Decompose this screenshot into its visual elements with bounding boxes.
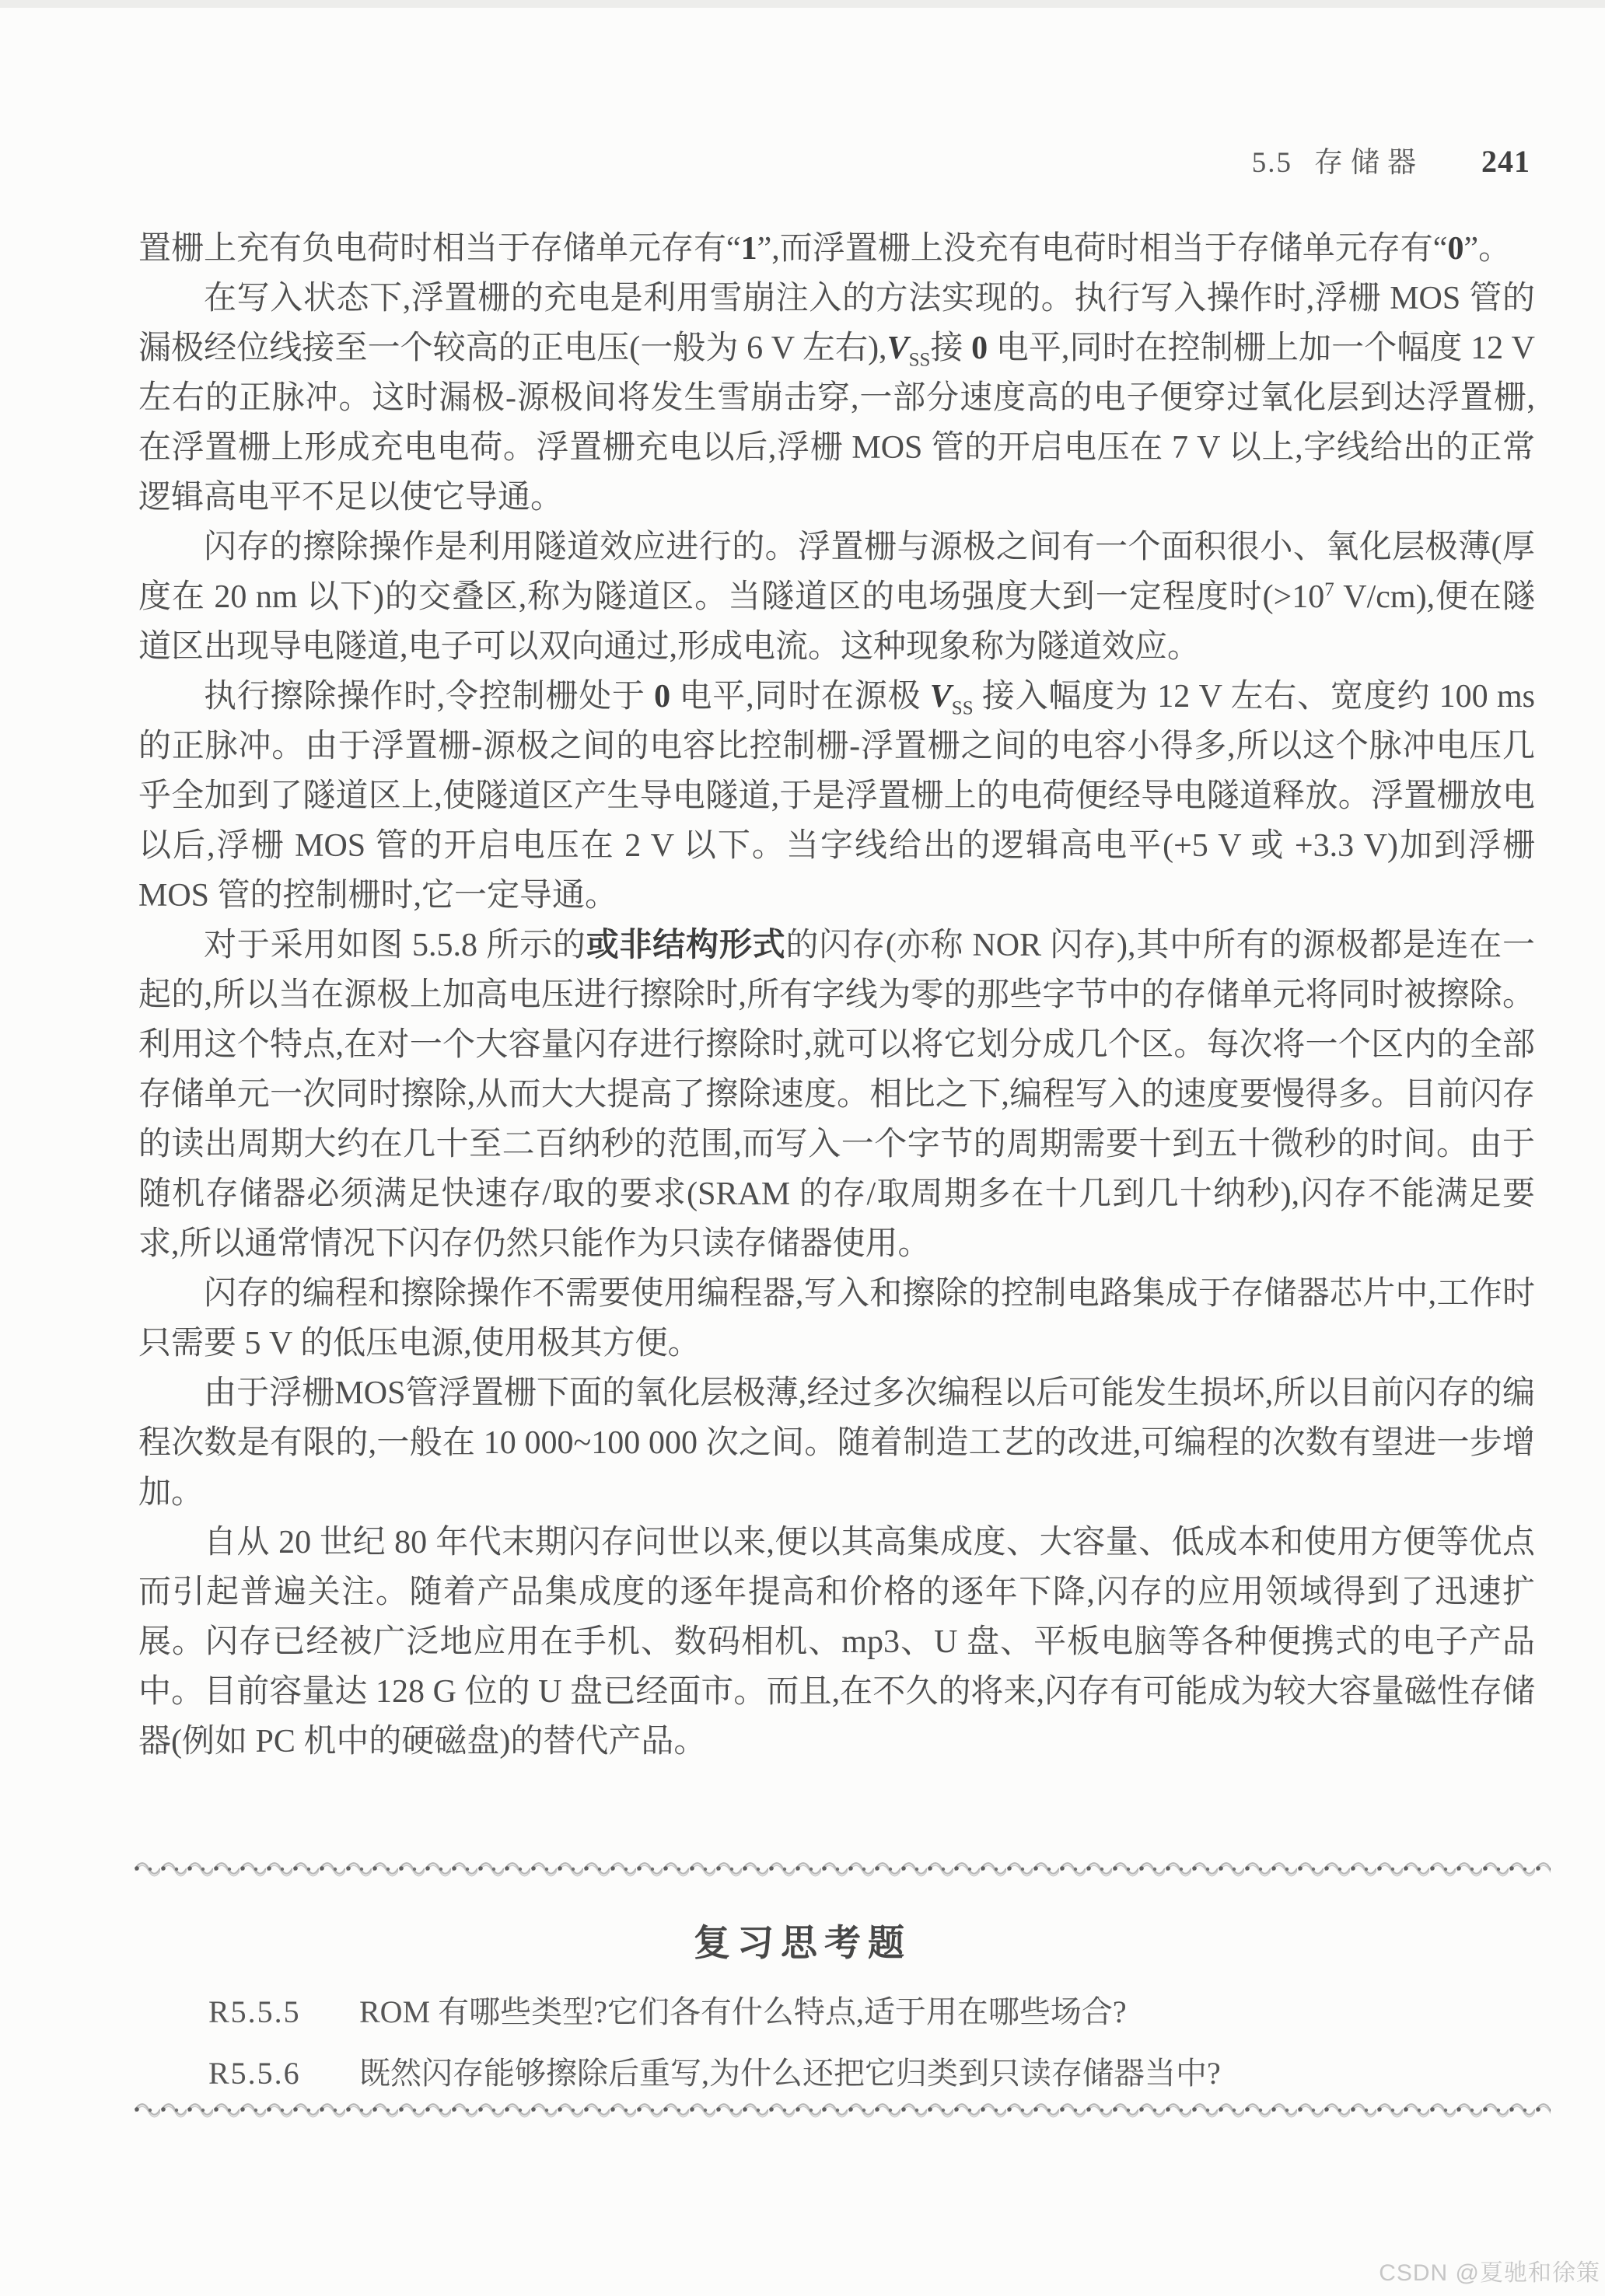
- text-segment: V: [930, 679, 952, 715]
- question-row: R5.5.5ROM 有哪些类型?它们各有什么特点,适于用在哪些场合?: [208, 1987, 1530, 2032]
- paragraph: 由于浮栅MOS管浮置栅下面的氧化层极薄,经过多次编程以后可能发生损坏,所以目前闪…: [138, 1368, 1535, 1518]
- text-segment: 对于采用如图 5.5.8 所示的: [204, 928, 586, 963]
- question-row: R5.5.6既然闪存能够擦除后重写,为什么还把它归类到只读存储器当中?: [208, 2049, 1530, 2093]
- paragraph: 自从 20 世纪 80 年代末期闪存问世以来,便以其高集成度、大容量、低成本和使…: [138, 1518, 1535, 1767]
- wavy-divider-bottom: [134, 2099, 1551, 2120]
- text-segment: 1: [741, 231, 757, 267]
- question-number: R5.5.5: [208, 1994, 325, 2030]
- paragraph: 执行擦除操作时,令控制栅处于 0 电平,同时在源极 VSS 接入幅度为 12 V…: [138, 672, 1535, 921]
- text-segment: 执行擦除操作时,令控制栅处于: [204, 679, 654, 715]
- paragraph: 对于采用如图 5.5.8 所示的或非结构形式的闪存(亦称 NOR 闪存),其中所…: [138, 921, 1535, 1269]
- text-segment: SS: [909, 349, 931, 370]
- question-number: R5.5.6: [208, 2055, 325, 2092]
- text-segment: 闪存的编程和擦除操作不需要使用编程器,写入和擦除的控制电路集成于存储器芯片中,工…: [138, 1276, 1535, 1361]
- text-segment: 接: [930, 330, 971, 366]
- text-segment: ”。: [1463, 231, 1511, 267]
- paragraph: 置栅上充有负电荷时相当于存储单元存有“1”,而浮置栅上没充有电荷时相当于存储单元…: [138, 224, 1535, 274]
- text-segment: 0: [654, 679, 670, 715]
- text-segment: 0: [971, 330, 988, 366]
- text-segment: SS: [952, 697, 974, 718]
- csdn-watermark: CSDN @夏驰和徐策: [1379, 2253, 1600, 2287]
- text-segment: 或非结构形式: [586, 928, 786, 963]
- paragraph: 闪存的擦除操作是利用隧道效应进行的。浮置栅与源极之间有一个面积很小、氧化层极薄(…: [138, 522, 1535, 672]
- scan-edge: [0, 0, 1605, 8]
- textbook-page: 5.5存储器241 置栅上充有负电荷时相当于存储单元存有“1”,而浮置栅上没充有…: [0, 0, 1605, 2296]
- section-title: 存储器: [1314, 147, 1424, 179]
- page-header: 5.5存储器241: [0, 138, 1530, 180]
- question-text: ROM 有哪些类型?它们各有什么特点,适于用在哪些场合?: [359, 1994, 1127, 2029]
- section-number: 5.5: [1252, 147, 1292, 179]
- text-segment: 的闪存(亦称 NOR 闪存),其中所有的源极都是连在一起的,所以当在源极上加高电…: [138, 928, 1535, 1262]
- text-segment: ”,而浮置栅上没充有电荷时相当于存储单元存有“: [757, 231, 1448, 267]
- question-text: 既然闪存能够擦除后重写,为什么还把它归类到只读存储器当中?: [359, 2056, 1221, 2091]
- text-segment: 7: [1324, 579, 1334, 600]
- text-segment: 电平,同时在源极: [670, 679, 930, 715]
- body-text: 置栅上充有负电荷时相当于存储单元存有“1”,而浮置栅上没充有电荷时相当于存储单元…: [138, 224, 1535, 1767]
- paragraph: 在写入状态下,浮置栅的充电是利用雪崩注入的方法实现的。执行写入操作时,浮栅 MO…: [138, 274, 1535, 522]
- text-segment: 闪存的擦除操作是利用隧道效应进行的。浮置栅与源极之间有一个面积很小、氧化层极薄(…: [138, 529, 1535, 615]
- text-segment: 自从 20 世纪 80 年代末期闪存问世以来,便以其高集成度、大容量、低成本和使…: [138, 1525, 1535, 1760]
- paragraph: 闪存的编程和擦除操作不需要使用编程器,写入和擦除的控制电路集成于存储器芯片中,工…: [138, 1269, 1535, 1368]
- text-segment: 由于浮栅MOS管浮置栅下面的氧化层极薄,经过多次编程以后可能发生损坏,所以目前闪…: [138, 1375, 1535, 1511]
- wavy-divider-top: [134, 1858, 1551, 1878]
- review-heading: 复习思考题: [0, 1914, 1605, 1966]
- text-segment: V: [887, 330, 909, 366]
- text-segment: 置栅上充有负电荷时相当于存储单元存有“: [138, 231, 741, 267]
- text-segment: 0: [1447, 231, 1463, 267]
- page-number: 241: [1481, 144, 1530, 179]
- review-questions: R5.5.5ROM 有哪些类型?它们各有什么特点,适于用在哪些场合? R5.5.…: [208, 1987, 1530, 2110]
